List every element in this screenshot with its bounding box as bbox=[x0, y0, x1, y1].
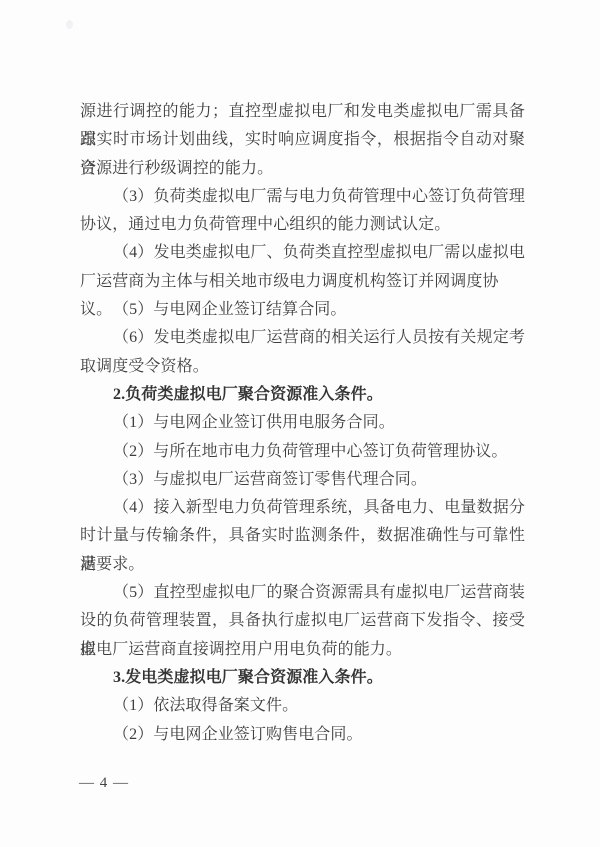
text-line: 踪实时市场计划曲线，实时响应调度指令，根据指令自动对聚合 bbox=[80, 126, 525, 154]
document-page: 源进行调控的能力；直控型虚拟电厂和发电类虚拟电厂需具备跟踪实时市场计划曲线，实时… bbox=[0, 0, 600, 847]
scan-artifact bbox=[66, 20, 73, 29]
text-line: （2）与电网企业签订购售电合同。 bbox=[80, 721, 525, 749]
text-line: （2）与所在地市电力负荷管理中心签订负荷管理协议。 bbox=[80, 438, 525, 466]
text-line: （3）负荷类虚拟电厂需与电力负荷管理中心签订负荷管理 bbox=[80, 183, 525, 211]
text-line: 协议，通过电力负荷管理中心组织的能力测试认定。 bbox=[80, 211, 525, 239]
section-heading-line: 3.发电类虚拟电厂聚合资源准入条件。 bbox=[80, 664, 525, 692]
text-line: （4）发电类虚拟电厂、负荷类直控型虚拟电厂需以虚拟电 bbox=[80, 239, 525, 267]
text-line: （6）发电类虚拟电厂运营商的相关运行人员按有关规定考 bbox=[80, 324, 525, 352]
text-line: 时计量与传输条件，具备实时监测条件，数据准确性与可靠性满 bbox=[80, 522, 525, 550]
document-body: 源进行调控的能力；直控型虚拟电厂和发电类虚拟电厂需具备跟踪实时市场计划曲线，实时… bbox=[80, 98, 525, 749]
page-number: — 4 — bbox=[79, 773, 129, 793]
text-line: （5）与电网企业签订结算合同。 bbox=[80, 296, 525, 324]
section-heading-line: 2.负荷类虚拟电厂聚合资源准入条件。 bbox=[80, 381, 525, 409]
text-line: （4）接入新型电力负荷管理系统，具备电力、电量数据分 bbox=[80, 494, 525, 522]
text-line: （1）与电网企业签订供用电服务合同。 bbox=[80, 409, 525, 437]
text-line: （3）与虚拟电厂运营商签订零售代理合同。 bbox=[80, 466, 525, 494]
text-line: 取调度受令资格。 bbox=[80, 353, 525, 381]
text-line: 资源进行秒级调控的能力。 bbox=[80, 155, 525, 183]
text-line: 源进行调控的能力；直控型虚拟电厂和发电类虚拟电厂需具备跟 bbox=[80, 98, 525, 126]
text-line: 设的负荷管理装置，具备执行虚拟电厂运营商下发指令、接受虚 bbox=[80, 607, 525, 635]
text-line: （5）直控型虚拟电厂的聚合资源需具有虚拟电厂运营商装 bbox=[80, 579, 525, 607]
text-line: 足要求。 bbox=[80, 551, 525, 579]
text-line: （1）依法取得备案文件。 bbox=[80, 692, 525, 720]
text-line: 拟电厂运营商直接调控用户用电负荷的能力。 bbox=[80, 636, 525, 664]
text-line: 厂运营商为主体与相关地市级电力调度机构签订并网调度协议。 bbox=[80, 268, 525, 296]
